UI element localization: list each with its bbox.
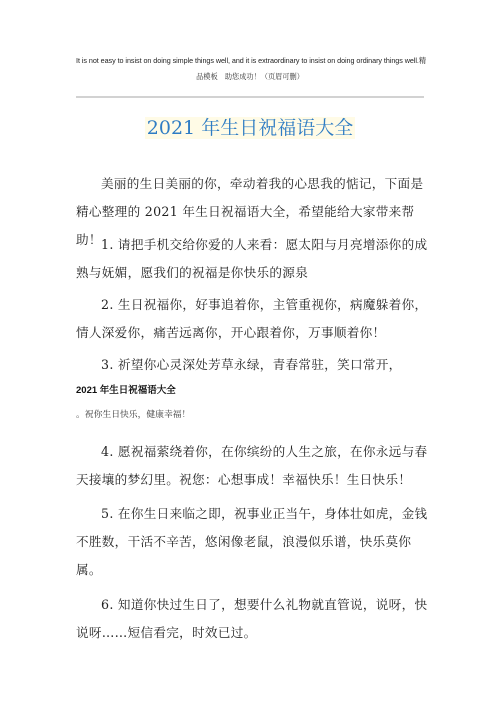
wish-item-2: 2. 生日祝福你，好事追着你，主管重视你，病魔躲着你， 情人深爱你，痛苦远离你，… — [76, 291, 434, 347]
header-quote: It is not easy to insist on doing simple… — [76, 54, 424, 67]
document-title-text: 2021 年生日祝福语大全 — [145, 117, 355, 139]
wish-item-5-line-1: 5. 在你生日来临之即，祝事业正当午，身体壮如虎，金钱 — [76, 500, 434, 528]
wish-item-4-line-1: 4. 愿祝福萦绕着你，在你缤纷的人生之旅，在你永远与春 — [76, 438, 434, 466]
wish-item-1: 1. 请把手机交给你爱的人来看：愿太阳与月亮增添你的成 熟与妩媚，愿我们的祝福是… — [76, 231, 434, 287]
wish-item-5-line-2: 不胜数，干活不辛苦，悠闲像老鼠，浪漫似乐谱，快乐莫你属。 — [76, 528, 434, 584]
intro-line-1: 美丽的生日美丽的你，牵动着我的心思我的惦记，下面是 — [76, 170, 434, 198]
wish-item-2-line-2: 情人深爱你，痛苦远离你，开心跟着你，万事顺着你！ — [76, 319, 434, 347]
header-divider — [76, 96, 424, 98]
wish-item-3-continuation: 。祝你生日快乐，健康幸福！ — [76, 408, 190, 422]
wish-item-3: 3. 祈望你心灵深处芳草永绿，青春常驻，笑口常开， — [76, 351, 434, 379]
wish-item-5: 5. 在你生日来临之即，祝事业正当午，身体壮如虎，金钱 不胜数，干活不辛苦，悠闲… — [76, 500, 434, 584]
wish-item-1-line-1: 1. 请把手机交给你爱的人来看：愿太阳与月亮增添你的成 — [76, 231, 434, 259]
wish-item-6-line-2: 说呀……短信看完，时效已过。 — [76, 619, 434, 647]
wish-item-2-line-1: 2. 生日祝福你，好事追着你，主管重视你，病魔躲着你， — [76, 291, 434, 319]
wish-item-4-line-2: 天接壤的梦幻里。祝您：心想事成！幸福快乐！生日快乐！ — [76, 466, 434, 494]
page-break-heading: 2021 年生日祝福语大全 — [76, 384, 176, 398]
header-subtitle: 品模板 助您成功！（页眉可删） — [76, 70, 424, 83]
document-title: 2021 年生日祝福语大全 — [0, 115, 500, 141]
wish-item-4: 4. 愿祝福萦绕着你，在你缤纷的人生之旅，在你永远与春 天接壤的梦幻里。祝您：心… — [76, 438, 434, 494]
wish-item-1-line-2: 熟与妩媚，愿我们的祝福是你快乐的源泉 — [76, 259, 434, 287]
wish-item-6: 6. 知道你快过生日了，想要什么礼物就直管说，说呀，快 说呀……短信看完，时效已… — [76, 591, 434, 647]
wish-item-3-line-1: 3. 祈望你心灵深处芳草永绿，青春常驻，笑口常开， — [76, 351, 434, 379]
wish-item-6-line-1: 6. 知道你快过生日了，想要什么礼物就直管说，说呀，快 — [76, 591, 434, 619]
